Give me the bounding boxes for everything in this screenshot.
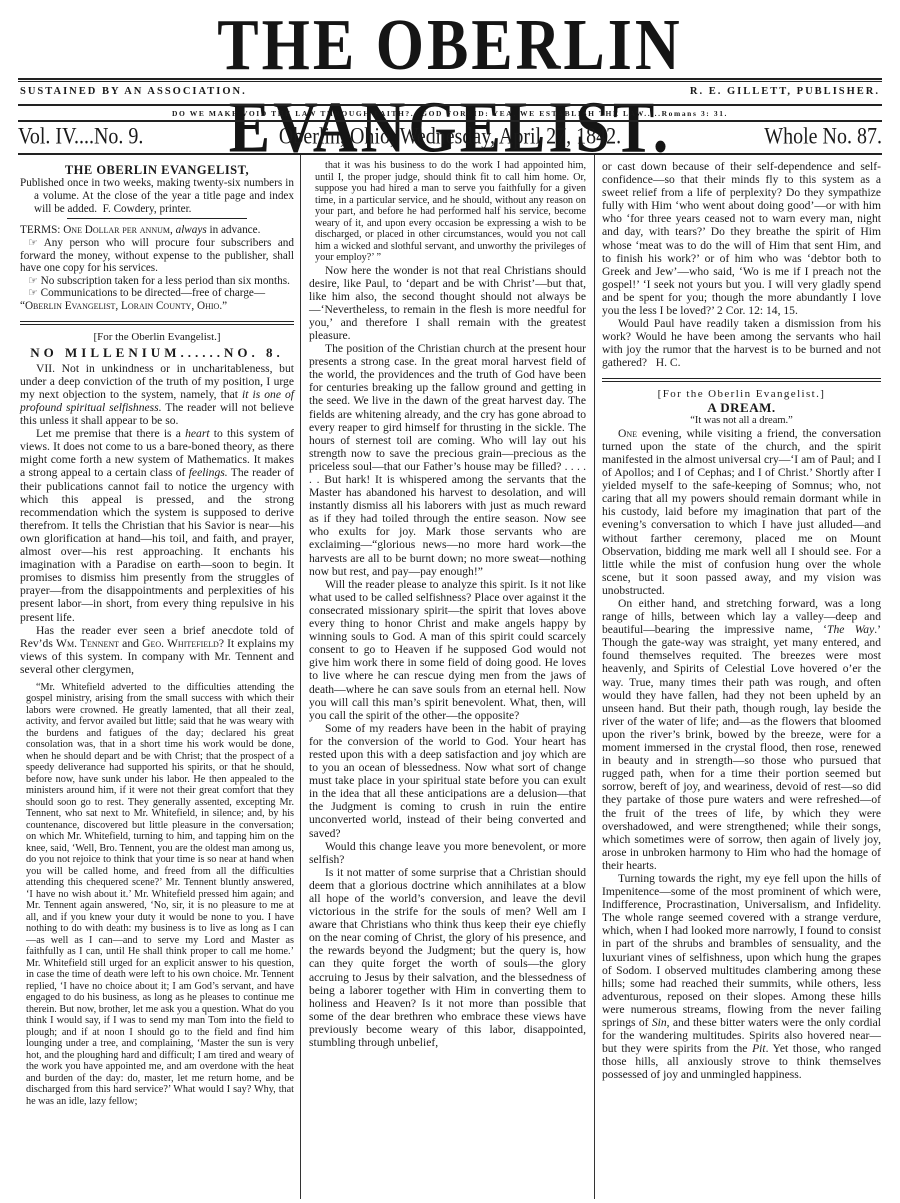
article-paragraph: Some of my readers have been in the habi…	[309, 722, 586, 840]
sustained-line: SUSTAINED BY AN ASSOCIATION.	[20, 86, 247, 97]
motto: DO WE MAKE VOID THE LAW THROUGH FAITH?..…	[0, 109, 900, 118]
article-paragraph: VII. Not in unkindness or in uncharitabl…	[20, 362, 294, 427]
article-paragraph: On either hand, and stretching forward, …	[602, 597, 881, 872]
rule	[18, 81, 882, 82]
whole-number: Whole No. 87.	[764, 123, 882, 151]
rule	[18, 78, 882, 80]
column-2: that it was his business to do the work …	[309, 160, 586, 1049]
article-paragraph: Is it not matter of some surprise that a…	[309, 866, 586, 1049]
article-paragraph: One evening, while visiting a friend, th…	[602, 427, 881, 597]
rule	[18, 153, 882, 155]
article-paragraph-continued: or cast down because of their self-depen…	[602, 160, 881, 317]
column-1: THE OBERLIN EVANGELIST, Published once i…	[20, 160, 294, 1107]
article-title: NO MILLENIUM......NO. 8.	[20, 346, 294, 359]
pointing-hand-icon: ☞	[28, 236, 38, 249]
column-divider	[594, 155, 595, 1199]
block-quote-continued: that it was his business to do the work …	[315, 160, 586, 264]
terms: TERMS: One Dollar per annum, always in a…	[20, 224, 294, 312]
article-paragraph: Turning towards the right, my eye fell u…	[602, 872, 881, 1082]
rule	[18, 104, 882, 106]
rule	[602, 378, 881, 382]
rule	[18, 120, 882, 122]
article-paragraph: Let me premise that there is a heart to …	[20, 427, 294, 623]
column-divider	[300, 155, 301, 1199]
rule	[67, 218, 247, 219]
block-quote: “Mr. Whitefield adverted to the difficul…	[26, 682, 294, 1108]
article-paragraph: Has the reader ever seen a brief anecdot…	[20, 624, 294, 676]
author-signature: H. C.	[656, 356, 681, 369]
column-3: or cast down because of their self-depen…	[602, 160, 881, 1081]
printer: F. Cowdery, printer.	[103, 203, 192, 215]
publisher-line: R. E. GILLETT, PUBLISHER.	[690, 86, 880, 97]
epigraph: “It was not all a dream.”	[602, 414, 881, 427]
pointing-hand-icon: ☞	[28, 286, 38, 299]
colophon-title: THE OBERLIN EVANGELIST,	[20, 164, 294, 177]
article-byline: [For the Oberlin Evangelist.]	[602, 388, 881, 401]
article-paragraph: Now here the wonder is not that real Chr…	[309, 264, 586, 343]
article-byline: [For the Oberlin Evangelist.]	[20, 331, 294, 344]
mailing-address: “Oberlin Evangelist, Lorain County, Ohio…	[20, 300, 227, 312]
article-paragraph: Will the reader please to analyze this s…	[309, 578, 586, 722]
article-paragraph: The position of the Christian church at …	[309, 342, 586, 578]
colophon-publication: Published once in two weeks, making twen…	[20, 177, 294, 216]
article-title: A DREAM.	[602, 401, 881, 414]
article-paragraph: Would this change leave you more benevol…	[309, 840, 586, 866]
pointing-hand-icon: ☞	[28, 274, 38, 287]
rule	[20, 321, 294, 325]
article-paragraph: Would Paul have readily taken a dismissi…	[602, 317, 881, 369]
